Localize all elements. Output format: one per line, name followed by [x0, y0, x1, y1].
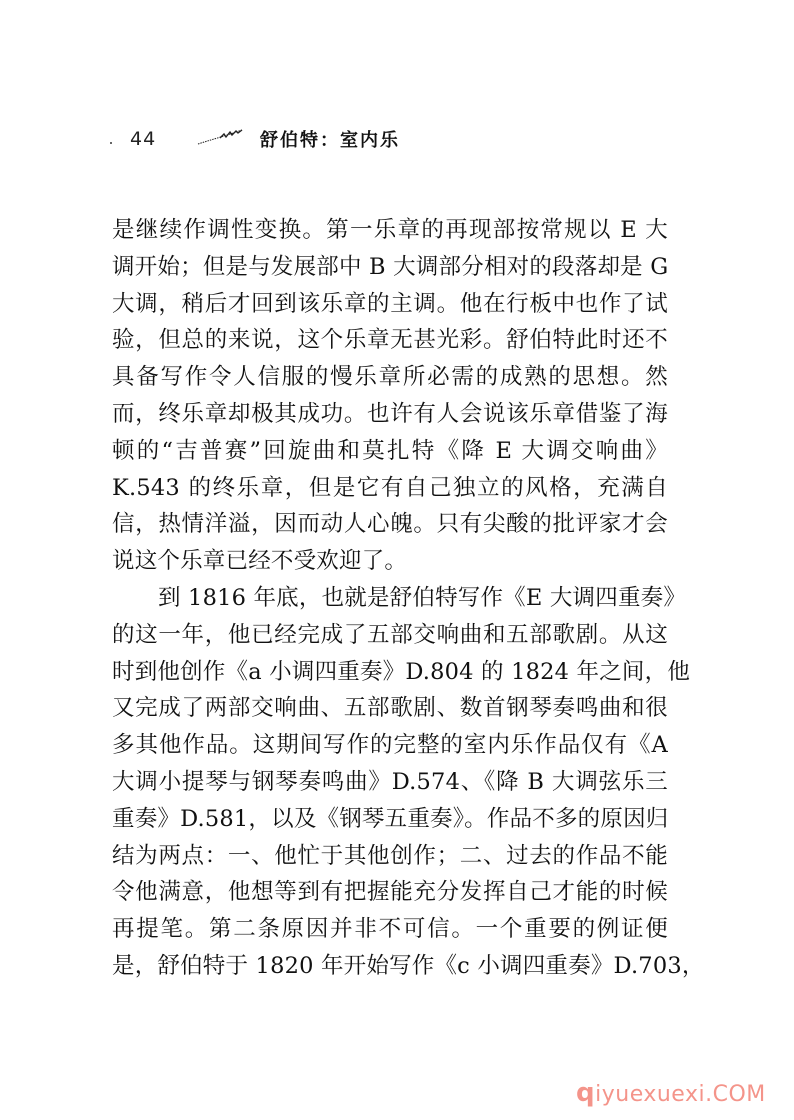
- speck: [110, 142, 112, 144]
- text-line: 是，舒伯特于 1820 年开始写作《c 小调四重奏》D.703，: [112, 948, 668, 985]
- site-watermark: qiyuexuexi.COM: [576, 1078, 766, 1108]
- text-line: 具备写作令人信服的慢乐章所必需的成熟的思想。然: [112, 359, 668, 396]
- page-header: 44 舒伯特：室内乐: [110, 124, 450, 154]
- text-line: 重奏》D.581，以及《钢琴五重奏》。作品不多的原因归: [112, 801, 668, 838]
- quill-flourish-icon: [196, 128, 246, 146]
- text-line: 是继续作调性变换。第一乐章的再现部按常规以 E 大: [112, 212, 668, 249]
- text-line: 到 1816 年底，也就是舒伯特写作《E 大调四重奏》: [112, 580, 668, 617]
- body-text: 是继续作调性变换。第一乐章的再现部按常规以 E 大 调开始；但是与发展部中 B …: [112, 212, 668, 985]
- text-line: 说这个乐章已经不受欢迎了。: [112, 543, 668, 580]
- text-line: 大调，稍后才回到该乐章的主调。他在行板中也作了试: [112, 286, 668, 323]
- text-line: 令他满意，他想等到有把握能充分发挥自己才能的时候: [112, 874, 668, 911]
- watermark-initial: q: [576, 1078, 595, 1108]
- text-line: 顿的“吉普赛”回旋曲和莫扎特《降 E 大调交响曲》: [112, 433, 668, 470]
- text-line: 时到他创作《a 小调四重奏》D.804 的 1824 年之间，他: [112, 654, 668, 691]
- text-line: 再提笔。第二条原因并非不可信。一个重要的例证便: [112, 911, 668, 948]
- text-line: 结为两点：一、他忙于其他创作；二、过去的作品不能: [112, 838, 668, 875]
- text-line: 验，但总的来说，这个乐章无甚光彩。舒伯特此时还不: [112, 322, 668, 359]
- page-number: 44: [130, 128, 156, 150]
- running-title: 舒伯特：室内乐: [260, 126, 400, 152]
- text-line: 信，热情洋溢，因而动人心魄。只有尖酸的批评家才会: [112, 506, 668, 543]
- text-line: 的这一年，他已经完成了五部交响曲和五部歌剧。从这: [112, 617, 668, 654]
- text-line: 调开始；但是与发展部中 B 大调部分相对的段落却是 G: [112, 249, 668, 286]
- text-line: 而，终乐章却极其成功。也许有人会说该乐章借鉴了海: [112, 396, 668, 433]
- paragraph-1: 是继续作调性变换。第一乐章的再现部按常规以 E 大 调开始；但是与发展部中 B …: [112, 212, 668, 580]
- text-line: 大调小提琴与钢琴奏鸣曲》D.574、《降 B 大调弦乐三: [112, 764, 668, 801]
- text-line: 多其他作品。这期间写作的完整的室内乐作品仅有《A: [112, 727, 668, 764]
- text-line: 又完成了两部交响曲、五部歌剧、数首钢琴奏鸣曲和很: [112, 690, 668, 727]
- watermark-text: iyuexuexi.COM: [595, 1082, 766, 1107]
- text-line: K.543 的终乐章，但是它有自己独立的风格，充满自: [112, 470, 668, 507]
- paragraph-2: 到 1816 年底，也就是舒伯特写作《E 大调四重奏》 的这一年，他已经完成了五…: [112, 580, 668, 985]
